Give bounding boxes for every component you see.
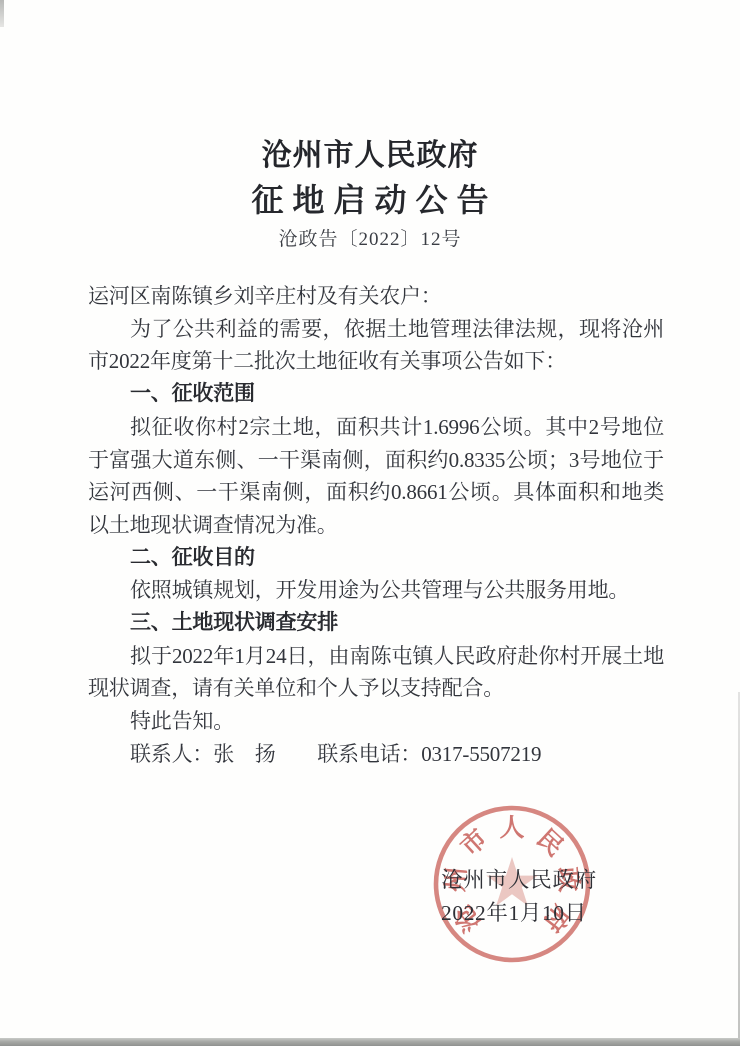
section-1-heading: 一、征收范围	[88, 378, 664, 411]
svg-text:人: 人	[499, 814, 524, 842]
doc-body: 运河区南陈镇乡刘辛庄村及有关农户： 为了公共利益的需要，依据土地管理法律法规，现…	[88, 280, 664, 771]
page-title: 沧州市人民政府	[0, 0, 740, 172]
signature-org: 沧州市人民政府	[441, 869, 597, 891]
section-3-body: 拟于2022年1月24日，由南陈屯镇人民政府赴你村开展土地现状调查，请有关单位和…	[88, 640, 664, 705]
salutation: 运河区南陈镇乡刘辛庄村及有关农户：	[88, 280, 664, 313]
contact-line: 联系人：张 扬 联系电话：0317-5507219	[88, 738, 664, 771]
section-3-heading: 三、土地现状调查安排	[88, 607, 664, 640]
announcement-page: 沧州市人民政府 征地启动公告 沧政告〔2022〕12号 运河区南陈镇乡刘辛庄村及…	[0, 0, 740, 1046]
section-2-body: 依照城镇规划，开发用途为公共管理与公共服务用地。	[88, 574, 664, 607]
doc-number: 沧政告〔2022〕12号	[0, 229, 740, 251]
section-1-body: 拟征收你村2宗土地，面积共计1.6996公顷。其中2号地位于富强大道东侧、一干渠…	[88, 411, 664, 542]
closing-line: 特此告知。	[88, 705, 664, 738]
section-2-heading: 二、征收目的	[88, 542, 664, 575]
signature-block: 沧州市人民政府 2022年1月10日	[441, 869, 597, 924]
intro-paragraph: 为了公共利益的需要，依据土地管理法律法规，现将沧州市2022年度第十二批次土地征…	[88, 313, 664, 378]
scan-artifact-corner	[0, 0, 4, 27]
signature-date: 2022年1月10日	[441, 902, 597, 924]
doc-subtitle: 征地启动公告	[0, 183, 740, 217]
scan-artifact-bottom-edge	[0, 1038, 740, 1046]
